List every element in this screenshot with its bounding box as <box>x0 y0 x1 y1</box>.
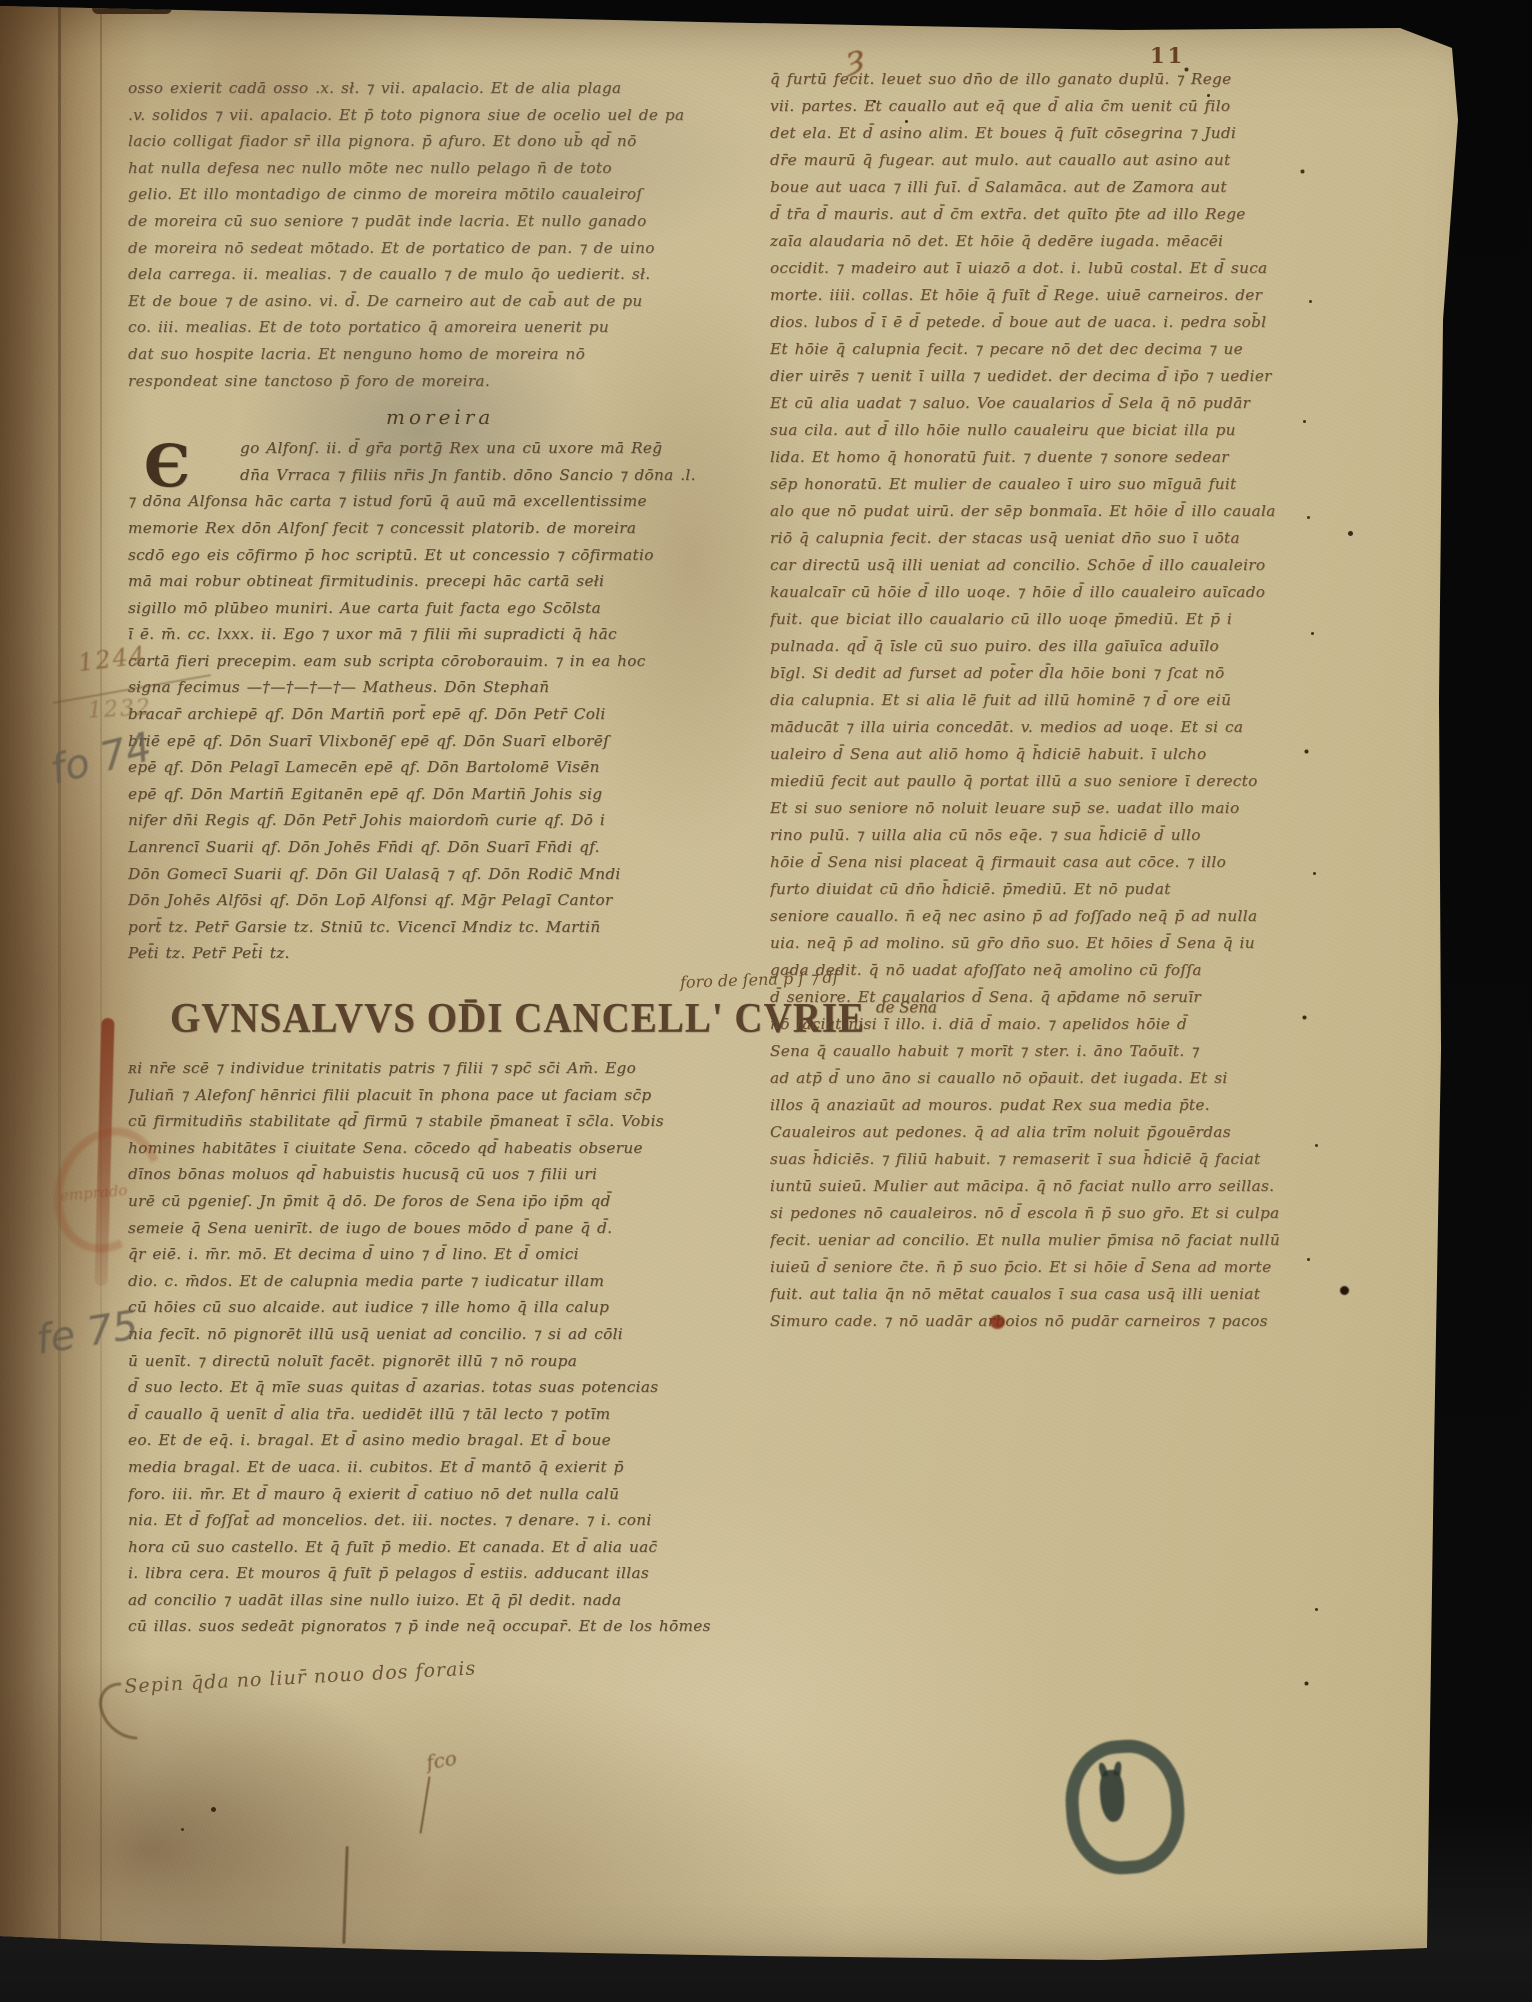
manuscript-text-line: det ela. Et d̄ asino alim. Et boues q̄ f… <box>770 120 1360 147</box>
manuscript-text-line: dia calupnia. Et si alia lē fuit ad illū… <box>770 687 1360 714</box>
folio-number: 11 <box>1150 44 1185 68</box>
manuscript-text-line: media bragal. Et de uaca. ii. cubitos. E… <box>128 1454 728 1481</box>
manuscript-text-line: fecit. ueniar ad concilio. Et nulla muli… <box>770 1227 1360 1254</box>
manuscript-text-line: .v. solidos ⁊ vii. apalacio. Et p̄ toto … <box>128 102 728 129</box>
manuscript-text-line: ualeiro d̄ Sena aut aliō homo q̄ h̄diciē… <box>770 741 1360 768</box>
manuscript-text-line: cū firmitudin̄s stabilitate qd̄ firmū ⁊ … <box>128 1108 728 1135</box>
manuscript-text-line: q̄ furtū fecit. leuet suo dn̄o de illo g… <box>770 66 1360 93</box>
text-column-right: q̄ furtū fecit. leuet suo dn̄o de illo g… <box>770 66 1360 1335</box>
manuscript-text-line: nia fecīt. nō pignorēt illū usq̄ ueniat … <box>128 1321 728 1348</box>
manuscript-text-line: dr̄e maurū q̄ fugear. aut mulo. aut caua… <box>770 147 1360 174</box>
manuscript-text-line: iuieū d̄ seniore c̄te. n̄ p̄ suo p̄cio. … <box>770 1254 1360 1281</box>
pen-stroke <box>342 1846 348 1944</box>
pen-trial-mark: fco <box>424 1746 458 1775</box>
manuscript-text-line: de moreira cū suo seniore ⁊ pudāt inde l… <box>128 208 728 235</box>
manuscript-text-line: māducāt ⁊ illa uiria concedāt. v. medios… <box>770 714 1360 741</box>
paragraph-royal-confirmation: Є go Alfonſ. ii. d̄ gr̄a portḡ Rex una … <box>128 435 728 967</box>
manuscript-text-line: q̄r eiē. i. m̄r. mō. Et decima d̄ uino ⁊… <box>128 1241 728 1268</box>
manuscript-text-line: zaīa alaudaria nō det. Et hōie q̄ dedēre… <box>770 228 1360 255</box>
manuscript-text-line: ⁊ dōna Alfonsa hāc carta ⁊ istud forū q̄… <box>128 488 728 515</box>
manuscript-text-line: signa fecimus —†—†—†—†— Matheus. Dōn Ste… <box>128 674 728 701</box>
manuscript-text-line: dn̄a Vrraca ⁊ filiis nr̄is Jn fantib. dō… <box>240 462 728 489</box>
manuscript-text-line: Dōn Gomecī Suarii qf. Dōn Gil Ualasq̄ ⁊… <box>128 861 728 888</box>
manuscript-text-line: Lanrencī Suarii qf. Dōn Johēs Fn̄di qf.… <box>128 834 728 861</box>
text-column-left: osso exierit cadā osso .x. sł. ⁊ vii. ap… <box>128 75 728 1684</box>
manuscript-text-line: bīgl. Si dedit ad furset ad pot̄er d̄la … <box>770 660 1360 687</box>
manuscript-text-line: boue aut uaca ⁊ illi fuī. d̄ Salamāca. a… <box>770 174 1360 201</box>
manuscript-text-line: iuntū suieū. Mulier aut mācipa. q̄ nō fa… <box>770 1173 1360 1200</box>
manuscript-text-line: pulnada. qd̄ q̄ īsle cū suo puiro. des i… <box>770 633 1360 660</box>
manuscript-text-line: epē qf. Dōn Martin̄ Egitanēn epē qf. Dōn… <box>128 781 728 808</box>
manuscript-text-line: lida. Et homo q̄ honoratū fuit. ⁊ duente… <box>770 444 1360 471</box>
manuscript-text-line: dat suo hospite lacria. Et nenguno homo … <box>128 341 728 368</box>
margin-date-1232: 1232 <box>87 696 152 723</box>
manuscript-text-line: Et cū alia uadat ⁊ saluo. Voe caualarios… <box>770 390 1360 417</box>
manuscript-text-line: dīnos bōnas moluos qd̄ habuistis hucusq̄… <box>128 1161 728 1188</box>
manuscript-text-line: eo. Et de eq̄. i. bragal. Et d̄ asino me… <box>128 1427 728 1454</box>
manuscript-text-line: furto diuidat cū dn̄o h̄diciē. p̄mediū. … <box>770 876 1360 903</box>
manuscript-text-line: hat nulla defesa nec nullo mōte nec null… <box>128 155 728 182</box>
manuscript-text-line: gelio. Et illo montadigo de cinmo de mor… <box>128 181 728 208</box>
manuscript-text-line: d̄ cauallo q̄ uenīt d̄ alia tr̄a. uedidē… <box>128 1401 728 1428</box>
manuscript-text-line: cartā fieri precepim. eam sub scripta cō… <box>128 648 728 675</box>
stamp-figure-icon <box>1098 1769 1126 1823</box>
manuscript-text-line: uia. neq̄ p̄ ad molino. sū gr̄o dn̄o suo… <box>770 930 1360 957</box>
manuscript-text-line: port̄ tz. Petr̄ Garsie tz. Stniū tc. Vic… <box>128 914 728 941</box>
manuscript-text-line: si pedones nō caualeiros. nō d̄ escola n… <box>770 1200 1360 1227</box>
manuscript-text-line: occidit. ⁊ madeiro aut ī uiazō a dot. i.… <box>770 255 1360 282</box>
manuscript-text-line: bracar̄ archiepē qf. Dōn Martin̄ port̄ e… <box>128 701 728 728</box>
manuscript-text-line: Pet̄i tz. Petr̄ Pet̄i tz. <box>128 940 728 967</box>
manuscript-text-line: memorie Rex dōn Alfonſ fecit ⁊ concessit… <box>128 515 728 542</box>
manuscript-text-line: co. iii. mealias. Et de toto portatico q… <box>128 314 728 341</box>
manuscript-text-line: sua cila. aut d̄ illo hōie nullo caualei… <box>770 417 1360 444</box>
section-heading-moreira: moreira <box>386 403 728 431</box>
manuscript-text-line: Dōn Johēs Alfōsi qf. Dōn Lop̄ Alfonsi qf… <box>128 887 728 914</box>
binding-board-edge <box>92 0 172 14</box>
manuscript-text-line: suas h̄diciēs. ⁊ filiū habuit. ⁊ remaser… <box>770 1146 1360 1173</box>
manuscript-text-line: alo que nō pudat uirū. der sēp bonmaīa. … <box>770 498 1360 525</box>
manuscript-text-line: illos q̄ anaziaūt ad mouros. pudat Rex s… <box>770 1092 1360 1119</box>
manuscript-text-line: ʀi nr̄e scē ⁊ individue trinitatis patri… <box>128 1055 728 1082</box>
library-stamp-oval-seal <box>1061 1736 1188 1878</box>
manuscript-text-line: mā mai robur obtineat firmitudinis. prec… <box>128 568 728 595</box>
manuscript-text-line: rino pulū. ⁊ uilla alia cū nōs eq̄e. ⁊ s… <box>770 822 1360 849</box>
manuscript-text-line: ū uenīt. ⁊ directū noluīt facēt. pignorē… <box>128 1348 728 1375</box>
manuscript-text-line: dier uirēs ⁊ uenit ī uilla ⁊ uedidet. de… <box>770 363 1360 390</box>
manuscript-text-line: d̄ tr̄a d̄ mauris. aut d̄ c̄m extr̄a. de… <box>770 201 1360 228</box>
manuscript-text-line: nifer dn̄i Regis qf. Dōn Petr̄ Johis mai… <box>128 807 728 834</box>
manuscript-text-line: ad atp̄ d̄ uno āno si cauallo nō op̄auit… <box>770 1065 1360 1092</box>
manuscript-text-line: sēp honoratū. Et mulier de caualeo ī uir… <box>770 471 1360 498</box>
manuscript-text-line: nō faciat nisi ī illo. i. diā d̄ maio. ⁊… <box>770 1011 1360 1038</box>
initial-letter-E: Є <box>144 435 190 497</box>
manuscript-page: 11 ȝ osso exierit cadā osso .x. sł. ⁊ vi… <box>0 0 1532 2002</box>
manuscript-text-line: osso exierit cadā osso .x. sł. ⁊ vii. ap… <box>128 75 728 102</box>
red-ink-blot <box>990 1315 1005 1329</box>
manuscript-text-line: semeie q̄ Sena uenirīt. de iugo de boues… <box>128 1215 728 1242</box>
pen-stroke <box>419 1776 430 1834</box>
manuscript-text-line: seniore cauallo. n̄ eq̄ nec asino p̄ ad … <box>770 903 1360 930</box>
manuscript-text-line: Julian̄ ⁊ Alefonſ hēnrici filii placuit … <box>128 1082 728 1109</box>
manuscript-text-line: ī ē. m̄. cc. lxxx. ii. Ego ⁊ uxor mā ⁊ f… <box>128 621 728 648</box>
manuscript-text-line: miediū fecit aut paullo q̄ portat illū a… <box>770 768 1360 795</box>
paragraph-foral-sena: ʀi nr̄e scē ⁊ individue trinitatis patri… <box>128 1055 728 1640</box>
manuscript-text-line: d̄ suo lecto. Et q̄ mīe suas quitas d̄ a… <box>128 1374 728 1401</box>
photo-backdrop: 11 ȝ osso exierit cadā osso .x. sł. ⁊ vi… <box>0 0 1532 2002</box>
manuscript-text-line: Et hōie q̄ calupnia fecit. ⁊ pecare nō d… <box>770 336 1360 363</box>
manuscript-text-line: dio. c. m̄dos. Et de calupnia media part… <box>128 1268 728 1295</box>
manuscript-text-line: cū hōies cū suo alcaide. aut iudice ⁊ il… <box>128 1294 728 1321</box>
manuscript-text-line: hora cū suo castello. Et q̄ fuīt p̄ medi… <box>128 1534 728 1561</box>
section-heading-gunsalvus: GVNSALVVS OD̄I CANCELL' CVRIE de Sena <box>170 991 728 1047</box>
wormhole <box>1340 1286 1349 1295</box>
later-cursive-note: Sepin q̄da no liur̄ nouo dos forais <box>124 1642 729 1700</box>
manuscript-text-line: homines habitātes ī ciuitate Sena. cōced… <box>128 1135 728 1162</box>
manuscript-text-line: Et si suo seniore nō noluit leuare sup̄ … <box>770 795 1360 822</box>
manuscript-text-line: fuit. aut talia q̄n nō mētat caualos ī s… <box>770 1281 1360 1308</box>
confirmation-opening-lines: go Alfonſ. ii. d̄ gr̄a portḡ Rex una cū… <box>128 435 728 488</box>
manuscript-text-line: kaualcaīr cū hōie d̄ illo uoqe. ⁊ hōie d… <box>770 579 1360 606</box>
manuscript-text-line: morte. iiii. collas. Et hōie q̄ fuīt d̄ … <box>770 282 1360 309</box>
manuscript-text-line: hōie d̄ Sena nisi placeat q̄ firmauit ca… <box>770 849 1360 876</box>
manuscript-text-line: de moreira nō sedeat mōtado. Et de porta… <box>128 235 728 262</box>
ink-speckles <box>1303 420 1306 423</box>
manuscript-text-line: Simuro cade. ⁊ nō uadār arboios nō pudār… <box>770 1308 1360 1335</box>
manuscript-text-line: Et de boue ⁊ de asino. vi. d̄. De carnei… <box>128 288 728 315</box>
gutter-crease <box>58 0 61 2002</box>
manuscript-text-line: dela carrega. ii. mealias. ⁊ de cauallo … <box>128 261 728 288</box>
manuscript-text-line: dios. lubos d̄ ī ē d̄ petede. d̄ boue au… <box>770 309 1360 336</box>
confirmation-witness-lines: ⁊ dōna Alfonsa hāc carta ⁊ istud forū q̄… <box>128 488 728 967</box>
manuscript-text-line: car directū usq̄ illi ueniat ad concilio… <box>770 552 1360 579</box>
manuscript-text-line: foro. iii. m̄r. Et d̄ mauro q̄ exierit d… <box>128 1481 728 1508</box>
manuscript-text-line: nia. Et d̄ foſſat̄ ad moncelios. det. ii… <box>128 1507 728 1534</box>
manuscript-text-line: sigillo mō plūbeo muniri. Aue carta fuit… <box>128 595 728 622</box>
heading-gunsalvus-text: GVNSALVVS OD̄I CANCELL' CVRIE <box>170 995 865 1041</box>
manuscript-text-line: respondeat sine tanctoso p̄ foro de more… <box>128 368 728 395</box>
manuscript-text-line: ad concilio ⁊ uadāt illas sine nullo iui… <box>128 1587 728 1614</box>
manuscript-text-line: cū illas. suos sedeāt pignoratos ⁊ p̄ in… <box>128 1613 728 1640</box>
manuscript-text-line: lacio colligat fiador sr̄ illa pignora. … <box>128 128 728 155</box>
manuscript-text-line: vii. partes. Et cauallo aut eq̄ que d̄ a… <box>770 93 1360 120</box>
manuscript-text-line: fuit. que biciat illo caualario cū illo … <box>770 606 1360 633</box>
manuscript-text-line: go Alfonſ. ii. d̄ gr̄a portḡ Rex una cū… <box>240 435 728 462</box>
manuscript-text-line: urē cū pgenieſ. Jn p̄mit q̄ dō. De foros… <box>128 1188 728 1215</box>
manuscript-text-line: d̄ seniore. Et caualarios d̄ Sena. q̄ ap… <box>770 984 1360 1011</box>
paragraph-foral-moreira-end: osso exierit cadā osso .x. sł. ⁊ vii. ap… <box>128 75 728 394</box>
manuscript-text-line: gada dedit. q̄ nō uadat afoſſato neq̄ am… <box>770 957 1360 984</box>
manuscript-text-line: Caualeiros aut pedones. q̄ ad alia trīm … <box>770 1119 1360 1146</box>
manuscript-text-line: Sena q̄ cauallo habuit ⁊ morīt ⁊ ster. i… <box>770 1038 1360 1065</box>
manuscript-text-line: briē epē qf. Dōn Suarī Vlixbonēſ epē qf… <box>128 728 728 755</box>
manuscript-text-line: riō q̄ calupnia fecit. der stacas usq̄ u… <box>770 525 1360 552</box>
manuscript-text-line: epē qf. Dōn Pelagī Lamecēn epē qf. Dōn … <box>128 754 728 781</box>
manuscript-text-line: scdō ego eis cōfirmo p̄ hoc scriptū. Et … <box>128 542 728 569</box>
manuscript-text-line: i. libra cera. Et mouros q̄ fuīt p̄ pela… <box>128 1560 728 1587</box>
